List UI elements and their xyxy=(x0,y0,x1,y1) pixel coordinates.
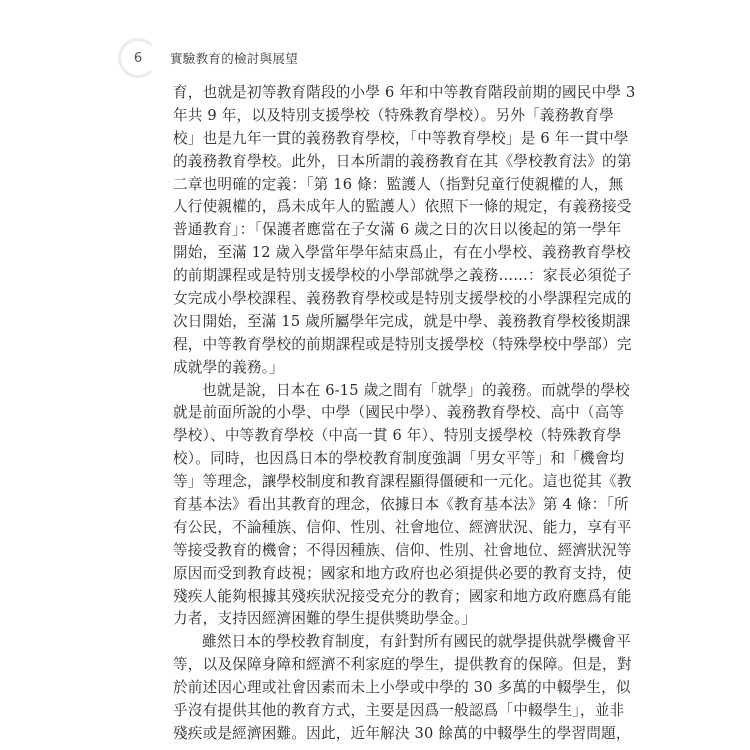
text-line: 成就學的義務。」 xyxy=(173,357,581,380)
text-line: 育，也就是初等教育階段的小學 6 年和中等教育階段前期的國民中學 3 xyxy=(173,82,581,105)
text-line: 乎沒有提供其他的教育方式，主要是因爲一般認爲「中輟學生」，並非 xyxy=(173,700,581,723)
text-line: 二章也明確的定義：「第 16 條：監護人（指對兒童行使親權的人，無 xyxy=(173,174,581,197)
body-text: 育，也就是初等教育階段的小學 6 年和中等教育階段前期的國民中學 3年共 9 年… xyxy=(173,82,581,746)
text-line: 等」等理念，讓學校制度和教育課程顯得僵硬和一元化。這也從其《教 xyxy=(173,471,581,494)
text-line: 年共 9 年，以及特別支援學校（特殊教育學校）。另外「義務教育學 xyxy=(173,105,581,128)
text-line: 殘疾人能夠根據其殘疾狀況接受充分的教育；國家和地方政府應爲有能 xyxy=(173,586,581,609)
text-line: 力者，支持因經濟困難的學生提供獎助學金。」 xyxy=(173,608,581,631)
text-line: 育基本法》看出其教育的理念，依據日本《教育基本法》第 4 條：「所 xyxy=(173,494,581,517)
page-number-badge: 6 xyxy=(118,38,158,78)
text-line: 次日開始，至滿 15 歲所屬學年完成，就是中學、義務教育學校後期課 xyxy=(173,311,581,334)
text-line: 的前期課程或是特別支援學校的小學部就學之義務……：家長必須從子 xyxy=(173,265,581,288)
text-line: 普通教育」：「保護者應當在子女滿 6 歲之日的次日以後起的第一學年 xyxy=(173,219,581,242)
text-line: 殘疾或是經濟困難。因此，近年解決 30 餘萬的中輟學生的學習問題， xyxy=(173,723,581,746)
text-line: 程，中等教育學校的前期課程或是特別支援學校（特殊學校中學部）完 xyxy=(173,334,581,357)
text-line: 等接受教育的機會；不得因種族、信仰、性別、社會地位、經濟狀況等 xyxy=(173,540,581,563)
text-line: 有公民，不論種族、信仰、性別、社會地位、經濟狀況、能力，享有平 xyxy=(173,517,581,540)
text-line: 女完成小學校課程、義務教育學校或是特別支援學校的小學課程完成的 xyxy=(173,288,581,311)
text-line: 校」也是九年一貫的義務教育學校，「中等教育學校」是 6 年一貫中學 xyxy=(173,128,581,151)
text-line: 開始，至滿 12 歲入學當年學年結束爲止，有在小學校、義務教育學校 xyxy=(173,242,581,265)
text-line: 就是前面所說的小學、中學（國民中學）、義務教育學校、高中（高等 xyxy=(173,402,581,425)
text-line: 原因而受到教育歧視；國家和地方政府也必須提供必要的教育支持，使 xyxy=(173,563,581,586)
text-line: 等，以及保障身障和經濟不利家庭的學生，提供教育的保障。但是，對 xyxy=(173,654,581,677)
text-line: 雖然日本的學校教育制度，有針對所有國民的就學提供就學機會平 xyxy=(173,631,581,654)
page-header: 6 實驗教育的檢討與展望 xyxy=(118,38,298,78)
text-line: 也就是說，日本在 6-15 歲之間有「就學」的義務。而就學的學校 xyxy=(173,380,581,403)
text-line: 於前述因心理或社會因素而未上小學或中學的 30 多萬的中輟學生，似 xyxy=(173,677,581,700)
text-line: 學校）、中等教育學校（中高一貫 6 年）、特別支援學校（特殊教育學 xyxy=(173,425,581,448)
text-line: 校）。同時，也因爲日本的學校教育制度強調「男女平等」和「機會均 xyxy=(173,448,581,471)
text-line: 的義務教育學校。此外，日本所謂的義務教育在其《學校教育法》的第 xyxy=(173,151,581,174)
text-line: 人行使親權的，爲未成年人的監護人）依照下一條的規定，有義務接受 xyxy=(173,196,581,219)
page-number: 6 xyxy=(134,51,142,66)
running-head-title: 實驗教育的檢討與展望 xyxy=(170,49,298,67)
